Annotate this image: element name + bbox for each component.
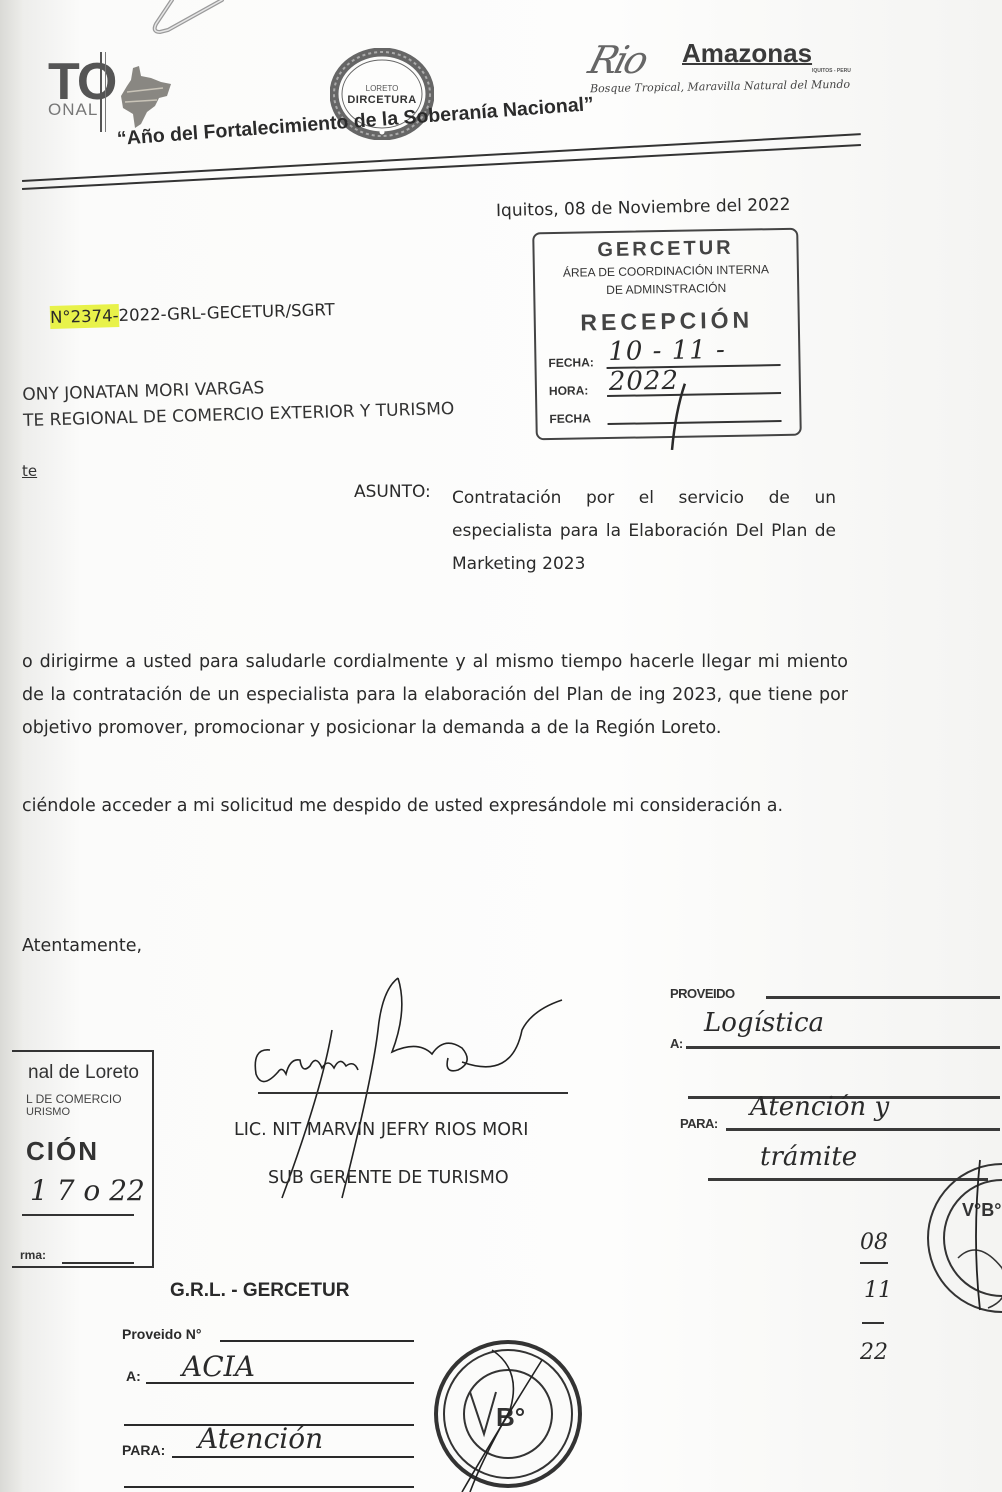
- date-note-divider: [862, 1322, 884, 1324]
- left-reception-stamp: nal de Loreto L DE COMERCIO URISMO CIÓN …: [12, 1050, 154, 1268]
- signer-name: LIC. NIT MARVIN JEFRY RIOS MORI: [234, 1120, 528, 1140]
- vb-seal-icon: B°: [422, 1330, 582, 1492]
- signer-role: SUB GERENTE DE TURISMO: [268, 1168, 509, 1188]
- paperclip-icon: [142, 0, 242, 38]
- date-note-year: 22: [860, 1340, 888, 1365]
- left-stamp-firma-label: rma:: [20, 1248, 46, 1262]
- proveido-line: [146, 1382, 414, 1384]
- stamp-initial-mark: [657, 381, 698, 452]
- date-note-divider: [860, 1262, 888, 1264]
- grl-gercetur-title: G.R.L. - GERCETUR: [170, 1280, 349, 1302]
- brand-script-logo: Rio: [584, 38, 650, 82]
- proveido-para-label: PARA:: [680, 1116, 718, 1131]
- proveido-line: [766, 996, 1000, 999]
- document-page: TO ONAL LORETO DIRCETURA Rio Amazonas IQ…: [22, 0, 1002, 1492]
- header-rule: [22, 144, 861, 190]
- left-stamp-line-1: nal de Loreto: [28, 1062, 139, 1084]
- brand-name: Amazonas: [682, 38, 812, 69]
- reception-stamp: GERCETUR ÁREA DE COORDINACIÓN INTERNA DE…: [532, 228, 802, 441]
- logo-divider: [100, 52, 106, 132]
- regional-logo-subtext: ONAL: [48, 100, 98, 120]
- stamp-area-line-2: DE ADMINSTRACIÓN: [535, 280, 797, 299]
- stamp-hora-label: HORA:: [549, 383, 589, 398]
- handwritten-date-note: 08 11 22: [860, 1228, 920, 1378]
- closing: Atentamente,: [22, 936, 142, 956]
- proveido-para-label: PARA:: [122, 1442, 165, 1458]
- proveido-para-value-2: trámite: [760, 1142, 857, 1172]
- proveido-a-label: A:: [670, 1036, 683, 1051]
- page-edge-shadow: [0, 0, 22, 1492]
- stamp-fecha-value: 10 - 11 - 2022: [608, 334, 799, 397]
- left-stamp-line: [62, 1262, 134, 1264]
- proveido-para-value: Atención: [198, 1422, 323, 1455]
- stamp-org: GERCETUR: [534, 236, 796, 264]
- stamp-fecha2-label: FECHA: [549, 411, 591, 426]
- signature-line: [258, 1092, 568, 1094]
- proveido-para-value-1: Atención y: [750, 1092, 889, 1122]
- proveido-a-value: ACIA: [182, 1350, 255, 1383]
- left-stamp-title: CIÓN: [26, 1136, 99, 1167]
- body-paragraph-2: ciéndole acceder a mi solicitud me despi…: [22, 790, 848, 823]
- proveido-stamp-bottom: Proveido N° A: ACIA PARA: Atención: [122, 1326, 422, 1492]
- seal-main-text: DIRCETURA: [340, 94, 424, 106]
- document-number: N°2374-2022-GRL-GECETUR/SGRT: [50, 300, 335, 327]
- subject-label: ASUNTO:: [354, 482, 431, 502]
- proveido-stamp-right: PROVEIDO A: Logística PARA: Atención y t…: [670, 984, 1002, 1184]
- proveido-a-label: A:: [126, 1368, 141, 1384]
- svg-text:V°B°: V°B°: [962, 1200, 1001, 1220]
- place-date: Iquitos, 08 de Noviembre del 2022: [496, 195, 791, 221]
- subject-text: Contratación por el servicio de un espec…: [452, 482, 836, 581]
- recipient-title: te: [22, 462, 37, 480]
- proveido-label: PROVEIDO: [670, 986, 735, 1001]
- stamp-area-line-1: ÁREA DE COORDINACIÓN INTERNA: [535, 262, 797, 281]
- proveido-number-label: Proveido N°: [122, 1326, 202, 1342]
- body-paragraph-1: o dirigirme a usted para saludarle cordi…: [22, 646, 848, 745]
- brand-subtext: IQUITOS - PERU: [812, 68, 851, 74]
- proveido-line: [220, 1340, 414, 1342]
- loreto-map-icon: [117, 62, 177, 132]
- stamp-title: RECEPCIÓN: [536, 306, 798, 338]
- document-number-rest: 2022-GRL-GECETUR/SGRT: [118, 300, 335, 325]
- proveido-line: [124, 1486, 414, 1488]
- document-number-highlight: N°2374-: [50, 304, 119, 329]
- date-note-month: 11: [864, 1278, 892, 1303]
- proveido-a-value: Logística: [704, 1008, 824, 1038]
- proveido-line: [726, 1128, 1000, 1131]
- stamp-fecha-label: FECHA:: [548, 355, 594, 370]
- date-note-day: 08: [860, 1230, 888, 1255]
- left-stamp-date: 1 7 o 22: [30, 1174, 145, 1207]
- left-stamp-line: [22, 1214, 134, 1216]
- left-stamp-line-2: L DE COMERCIO: [26, 1092, 122, 1106]
- proveido-line: [172, 1456, 414, 1458]
- left-stamp-line-3: URISMO: [26, 1106, 70, 1118]
- proveido-line: [686, 1046, 1000, 1049]
- vb-seal-icon: V°B°: [918, 1158, 1002, 1318]
- recipient-block: ONY JONATAN MORI VARGAS TE REGIONAL DE C…: [22, 370, 455, 434]
- seal-small-text: LORETO: [347, 84, 417, 93]
